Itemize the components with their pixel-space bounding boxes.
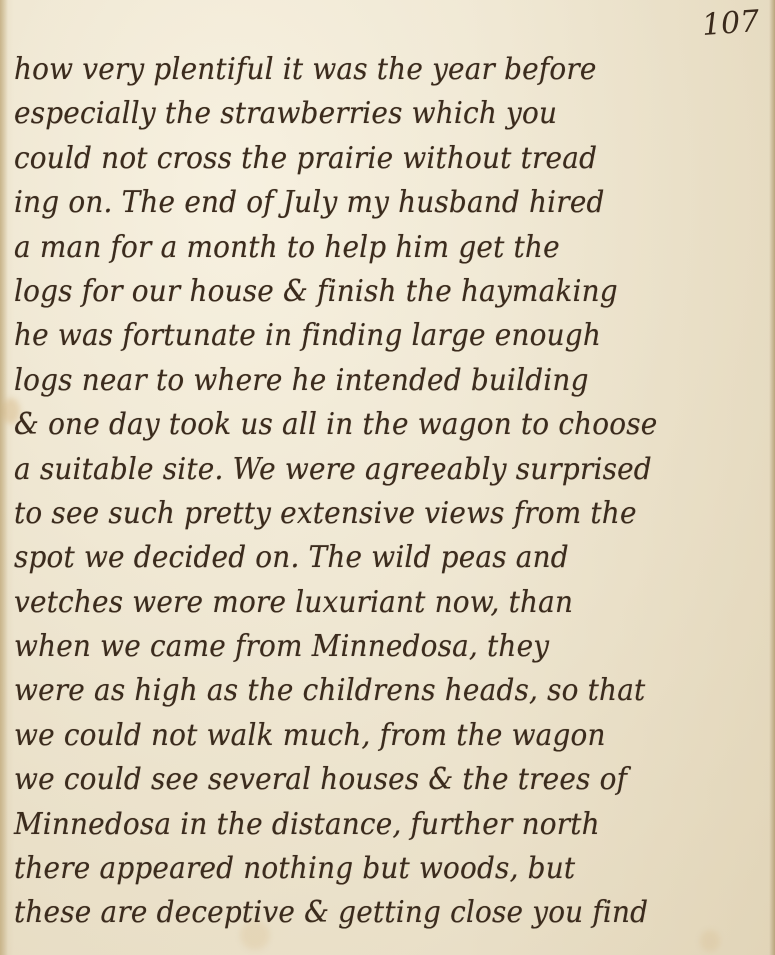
handwritten-text-body: how very plentiful it was the year befor… [14,48,771,936]
text-line: were as high as the childrens heads, so … [14,669,718,713]
text-line: logs near to where he intended building [14,359,718,403]
text-line: Minnedosa in the distance, further north [14,803,718,847]
text-line: when we came from Minnedosa, they [14,625,718,669]
text-line: spot we decided on. The wild peas and [14,536,718,580]
text-line: there appeared nothing but woods, but [14,847,718,891]
text-line: these are deceptive & getting close you … [14,891,718,935]
text-line: how very plentiful it was the year befor… [14,48,718,92]
text-line: ing on. The end of July my husband hired [14,181,718,225]
text-line: especially the strawberries which you [14,92,718,136]
text-line: & one day took us all in the wagon to ch… [14,403,718,447]
page-number: 107 [701,4,761,43]
page-left-edge [0,0,8,955]
text-line: vetches were more luxuriant now, than [14,581,718,625]
manuscript-page: 107 how very plentiful it was the year b… [0,0,775,955]
text-line: could not cross the prairie without trea… [14,137,718,181]
text-line: a man for a month to help him get the [14,226,718,270]
text-line: we could see several houses & the trees … [14,758,718,802]
text-line: he was fortunate in finding large enough [14,314,718,358]
text-line: we could not walk much, from the wagon [14,714,718,758]
text-line: logs for our house & finish the haymakin… [14,270,718,314]
text-line: to see such pretty extensive views from … [14,492,718,536]
text-line: a suitable site. We were agreeably surpr… [14,448,718,492]
